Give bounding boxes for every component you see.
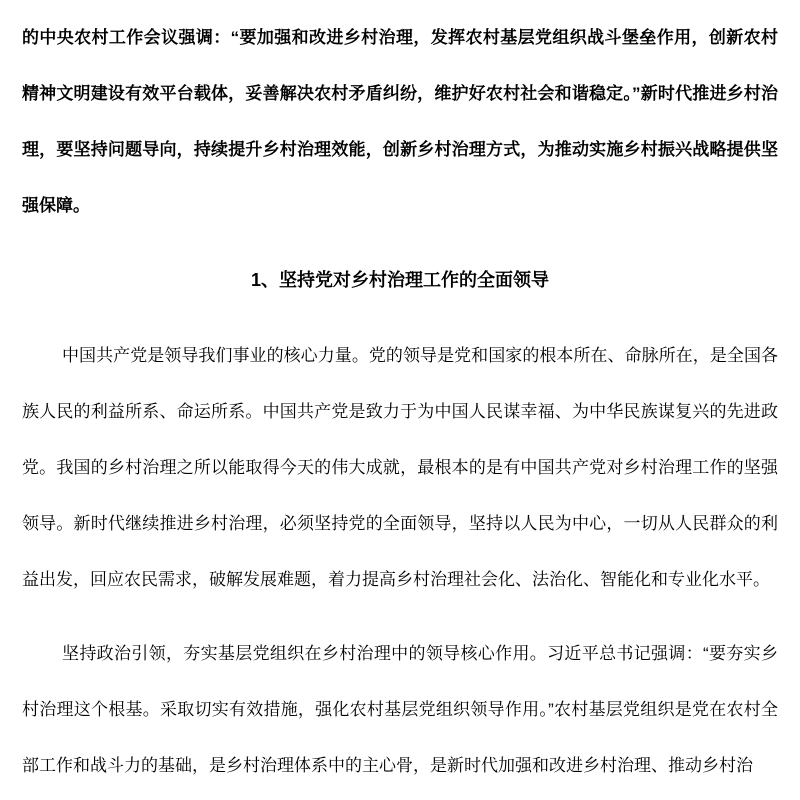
document-page: 的中央农村工作会议强调：“要加强和改进乡村治理，发挥农村基层党组织战斗堡垒作用，… xyxy=(0,0,800,800)
paragraph-body-1: 中国共产党是领导我们事业的核心力量。党的领导是党和国家的根本所在、命脉所在，是全… xyxy=(22,328,778,608)
paragraph-body-2: 坚持政治引领，夯实基层党组织在乡村治理中的领导核心作用。习近平总书记强调：“要夯… xyxy=(22,626,778,794)
paragraph-continued: 的中央农村工作会议强调：“要加强和改进乡村治理，发挥农村基层党组织战斗堡垒作用，… xyxy=(22,10,778,234)
section-heading: 1、坚持党对乡村治理工作的全面领导 xyxy=(22,252,778,308)
